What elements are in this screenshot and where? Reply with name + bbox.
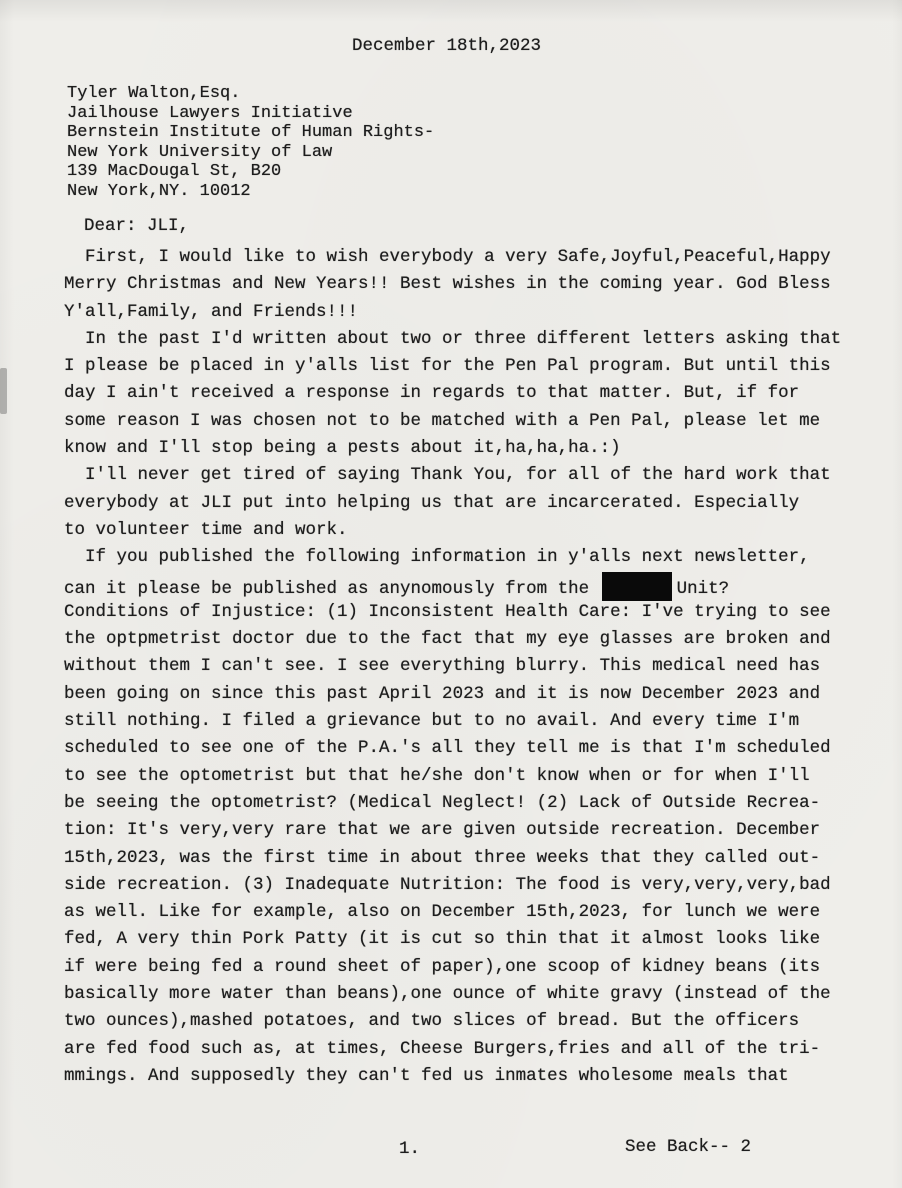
body-line: two ounces),mashed potatoes, and two sli… <box>64 1008 874 1035</box>
redacted-line-pre-text: can it please be published as anynomousl… <box>64 579 600 599</box>
body-line: the optpmetrist doctor due to the fact t… <box>64 626 874 653</box>
body-line: as well. Like for example, also on Decem… <box>64 899 874 926</box>
body-line: everybody at JLI put into helping us tha… <box>64 490 874 517</box>
scanned-letter-page: December 18th,2023 Tyler Walton,Esq.Jail… <box>0 0 902 1188</box>
body-line: to see the optometrist but that he/she d… <box>64 763 874 790</box>
body-line: I please be placed in y'alls list for th… <box>64 353 874 380</box>
body-line: been going on since this past April 2023… <box>64 681 874 708</box>
body-line: scheduled to see one of the P.A.'s all t… <box>64 735 874 762</box>
salutation: Dear: JLI, <box>84 216 189 236</box>
see-back-note: See Back-- 2 <box>625 1137 751 1157</box>
body-line: can it please be published as anynomousl… <box>64 572 874 599</box>
redacted-line-post-text: Unit? <box>677 579 730 599</box>
body-line: some reason I was chosen not to be match… <box>64 408 874 435</box>
body-line: Merry Christmas and New Years!! Best wis… <box>64 271 874 298</box>
body-line: if were being fed a round sheet of paper… <box>64 954 874 981</box>
address-line: Tyler Walton,Esq. <box>67 84 434 104</box>
body-line: First, I would like to wish everybody a … <box>64 244 874 271</box>
body-line: day I ain't received a response in regar… <box>64 380 874 407</box>
body-line: If you published the following informati… <box>64 544 874 571</box>
body-line: are fed food such as, at times, Cheese B… <box>64 1036 874 1063</box>
body-line: In the past I'd written about two or thr… <box>64 326 874 353</box>
letter-body: First, I would like to wish everybody a … <box>64 244 874 1090</box>
redaction-box <box>602 572 672 601</box>
body-line: Y'all,Family, and Friends!!! <box>64 299 874 326</box>
body-line: to volunteer time and work. <box>64 517 874 544</box>
body-line: 15th,2023, was the first time in about t… <box>64 845 874 872</box>
address-line: Jailhouse Lawyers Initiative <box>67 104 434 124</box>
body-line: I'll never get tired of saying Thank You… <box>64 462 874 489</box>
body-line: mmings. And supposedly they can't fed us… <box>64 1063 874 1090</box>
page-number: 1. <box>399 1139 420 1159</box>
body-line: side recreation. (3) Inadequate Nutritio… <box>64 872 874 899</box>
address-line: New York,NY. 10012 <box>67 182 434 202</box>
body-line: be seeing the optometrist? (Medical Negl… <box>64 790 874 817</box>
body-line: still nothing. I filed a grievance but t… <box>64 708 874 735</box>
body-line: tion: It's very,very rare that we are gi… <box>64 817 874 844</box>
recipient-address: Tyler Walton,Esq.Jailhouse Lawyers Initi… <box>67 84 434 202</box>
address-line: New York University of Law <box>67 143 434 163</box>
letter-date: December 18th,2023 <box>352 36 541 56</box>
body-line: without them I can't see. I see everythi… <box>64 653 874 680</box>
body-line: basically more water than beans),one oun… <box>64 981 874 1008</box>
address-line: Bernstein Institute of Human Rights- <box>67 123 434 143</box>
body-line: know and I'll stop being a pests about i… <box>64 435 874 462</box>
body-line: Conditions of Injustice: (1) Inconsisten… <box>64 599 874 626</box>
address-line: 139 MacDougal St, B20 <box>67 162 434 182</box>
body-line: fed, A very thin Pork Patty (it is cut s… <box>64 926 874 953</box>
